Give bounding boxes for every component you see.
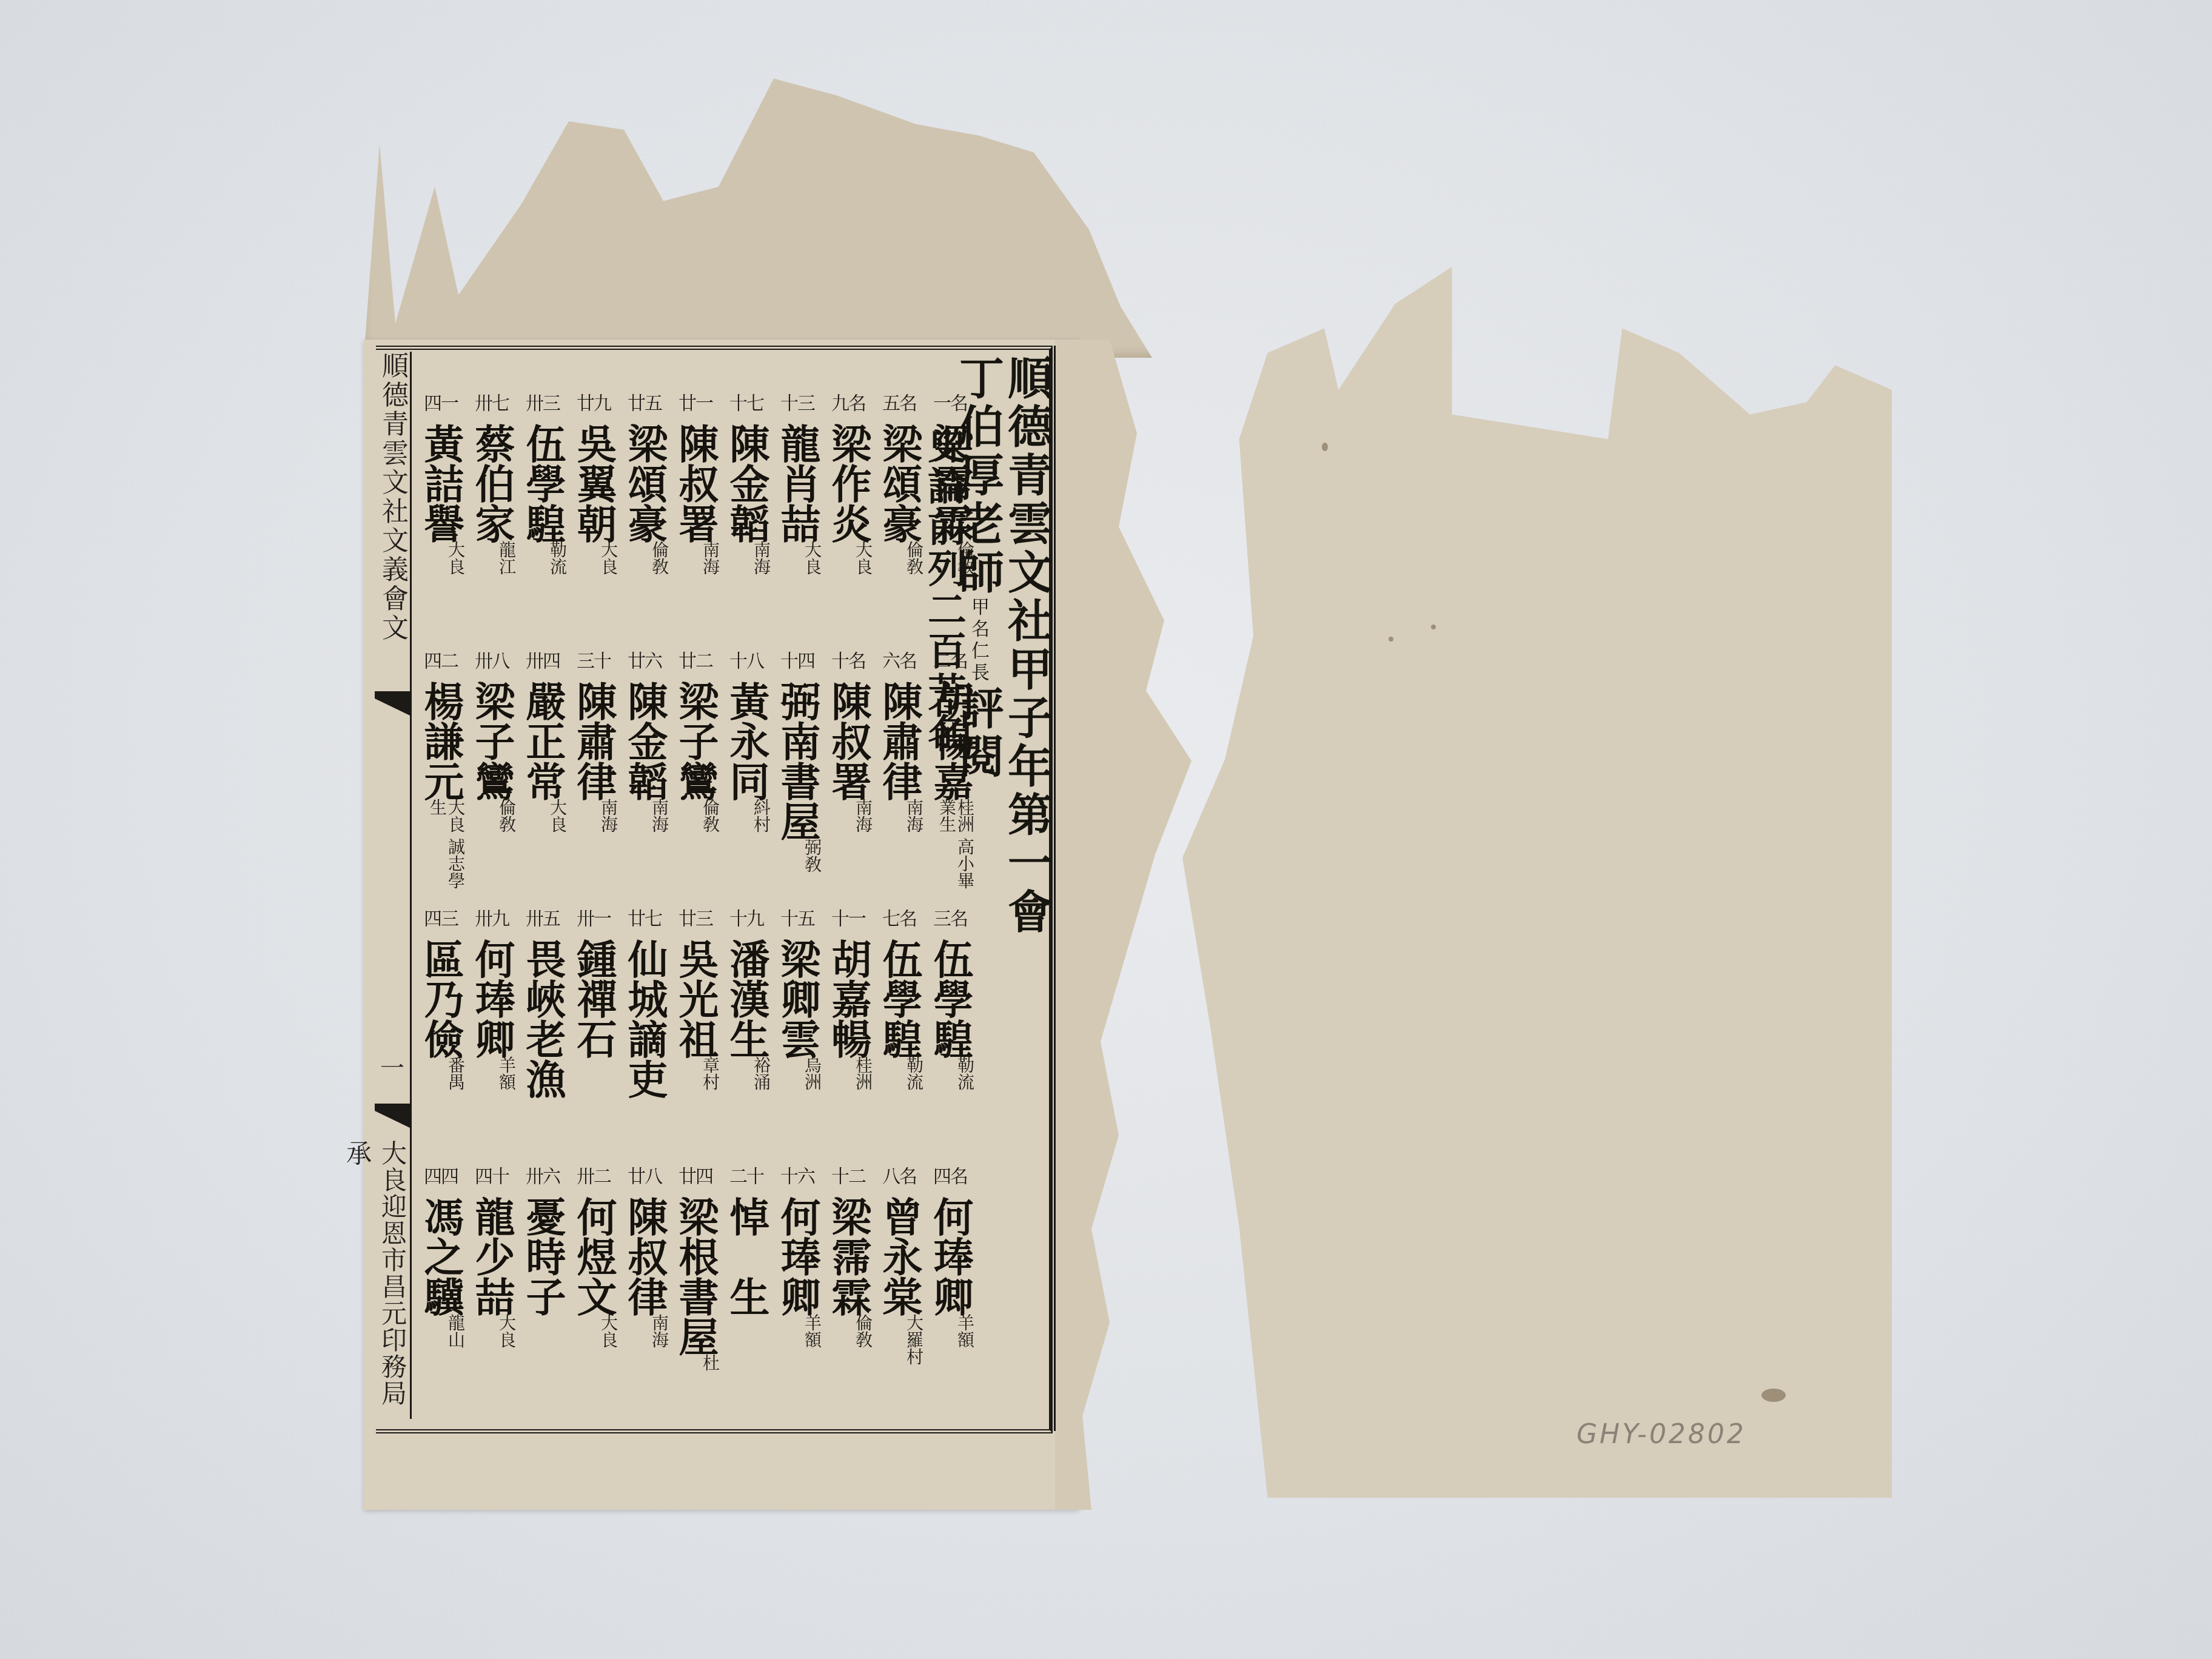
ranking-entry: 四十龍少喆大良	[469, 1161, 514, 1419]
entrant-place: 南海	[701, 541, 719, 575]
rank-label: 三名	[928, 903, 973, 928]
ranking-entry: 四三區乃儉番禺	[418, 903, 463, 1161]
entrant-place: 倫敎	[854, 1314, 872, 1348]
ranking-entry: 七名伍學騜勒流	[877, 903, 922, 1161]
rank-label: 廿二	[673, 646, 718, 670]
rank-label: 卅八	[469, 646, 514, 670]
rank-label: 十名	[826, 646, 871, 670]
entrant-name: 何琫卿	[469, 939, 514, 1059]
entrant-name: 畏峽老漁	[520, 939, 565, 1099]
entrant-name: 梁子鸞	[673, 681, 718, 801]
ranking-entry: 廿六陳金韜南海	[622, 646, 667, 903]
entrant-name: 龍肖喆	[775, 423, 820, 543]
entrant-place: 大羅村	[905, 1314, 923, 1365]
wormhole	[1322, 443, 1328, 451]
entrant-name: 胡暢嘉	[928, 681, 973, 801]
rank-label: 卅六	[520, 1161, 565, 1185]
stain-mark	[1761, 1389, 1786, 1402]
rank-label: 十八	[724, 646, 769, 670]
rank-label: 三十	[571, 646, 616, 670]
entrant-name: 陳金韜	[622, 681, 667, 801]
ranking-entry: 十四弼南書屋弼敎	[775, 646, 820, 903]
ranking-entry: 卅七蔡伯家龍江	[469, 388, 514, 646]
rank-label: 十三	[775, 388, 820, 412]
rank-label: 廿五	[622, 388, 667, 412]
ranking-entry: 四二楊謙元大良 誠志學生	[418, 646, 463, 903]
rank-label: 七名	[877, 903, 922, 928]
ranking-entry: 十七陳金韜南海	[724, 388, 769, 646]
catalog-number: GHY-02802	[1577, 1419, 1746, 1450]
entrant-name: 黃詰譽	[418, 423, 463, 543]
entrant-place: 大良	[599, 541, 617, 575]
entrant-place: 南海	[905, 799, 923, 833]
entrant-place: 羊額	[956, 1314, 974, 1348]
ranking-entry: 二十悼 生	[724, 1161, 769, 1419]
entrant-place: 勒流	[956, 1056, 974, 1090]
entrant-place: 龍江	[497, 541, 515, 575]
wormhole	[1389, 637, 1393, 642]
entrant-place: 羊額	[497, 1056, 515, 1090]
ranking-entry: 十六何琫卿羊額	[775, 1161, 820, 1419]
rank-label: 卅五	[520, 903, 565, 928]
ranking-row-3: 三名伍學騜勒流七名伍學騜勒流十一胡嘉暢桂洲十五梁卿雲烏洲十九潘漢生裕涌廿三吳光祖…	[412, 903, 973, 1161]
ranking-entry: 十名陳叔署南海	[826, 646, 871, 903]
rank-label: 廿九	[571, 388, 616, 412]
entrant-name: 梁卿雲	[775, 939, 820, 1059]
rank-label: 卅七	[469, 388, 514, 412]
entrant-name: 何琫卿	[928, 1196, 973, 1316]
entrant-place: 桂洲	[854, 1056, 872, 1090]
rank-label: 十五	[775, 903, 820, 928]
ranking-entry: 卅五畏峽老漁	[520, 903, 565, 1161]
ranking-entry: 九名梁作炎大良	[826, 388, 871, 646]
rank-label: 四四	[418, 1161, 463, 1185]
entrant-place: 番禺	[446, 1056, 464, 1090]
rank-label: 十九	[724, 903, 769, 928]
ranking-entry: 卅一鍾禪石	[571, 903, 616, 1161]
entrant-name: 潘漢生	[724, 939, 769, 1059]
entrant-place: 龍山	[446, 1314, 464, 1348]
wormhole	[1431, 625, 1436, 629]
entrant-place: 倫敎	[650, 541, 668, 575]
fish-tail-mark-bottom	[375, 1104, 410, 1128]
ranking-entry: 十三龍肖喆大良	[775, 388, 820, 646]
rank-label: 廿三	[673, 903, 718, 928]
page-margin: 順德青雲文社文義會文 一 大良迎恩市昌元印務局承	[375, 352, 412, 1419]
entrant-name: 伍學騜	[520, 423, 565, 543]
entrant-place: 南海	[650, 1314, 668, 1348]
entrant-name: 陳叔署	[826, 681, 871, 801]
rank-label: 廿一	[673, 388, 718, 412]
rank-label: 廿七	[622, 903, 667, 928]
page-number: 一	[375, 1049, 410, 1084]
entrant-name: 梁頌豪	[877, 423, 922, 543]
entrant-place: 大良	[548, 799, 566, 833]
rank-label: 四二	[418, 646, 463, 670]
entrant-place: 裕涌	[752, 1056, 770, 1090]
entrant-name: 仙城謫吏	[622, 939, 667, 1099]
ranking-entry: 卅三伍學騜勒流	[520, 388, 565, 646]
rank-label: 十七	[724, 388, 769, 412]
ranking-entry: 六名陳肅律南海	[877, 646, 922, 903]
rank-label: 四十	[469, 1161, 514, 1185]
entrant-name: 吳光祖	[673, 939, 718, 1059]
ranking-entry: 五名梁頌豪倫敎	[877, 388, 922, 646]
ranking-entry: 二名胡暢嘉桂洲 高小畢業生	[928, 646, 973, 903]
entrant-name: 伍學騜	[928, 939, 973, 1059]
entrant-place: 杜	[701, 1354, 719, 1371]
entrant-place: 桂洲 高小畢業生	[937, 799, 974, 903]
ranking-entry: 廿三吳光祖章村	[673, 903, 718, 1161]
entrant-name: 胡嘉暢	[826, 939, 871, 1059]
entrant-name: 梁作炎	[826, 423, 871, 543]
entrant-name: 楊謙元	[418, 681, 463, 801]
ranking-entry: 卅六憂時子	[520, 1161, 565, 1419]
entrant-name: 陳叔律	[622, 1196, 667, 1316]
entrant-place: 南海	[752, 541, 770, 575]
rank-label: 四一	[418, 388, 463, 412]
entrant-name: 區乃儉	[418, 939, 463, 1059]
rank-label: 二十	[724, 1161, 769, 1185]
ranking-entry: 八名曾永棠大羅村	[877, 1161, 922, 1419]
rank-label: 四名	[928, 1161, 973, 1185]
ranking-entry: 一名梁霈霖倫敎	[928, 388, 973, 646]
entrant-place: 大良	[599, 1314, 617, 1348]
entrant-name: 梁子鸞	[469, 681, 514, 801]
rank-label: 十二	[826, 1161, 871, 1185]
ranking-grid: 一名梁霈霖倫敎五名梁頌豪倫敎九名梁作炎大良十三龍肖喆大良十七陳金韜南海廿一陳叔署…	[412, 388, 910, 1419]
entrant-place: 南海	[599, 799, 617, 833]
printer-credit: 大良迎恩市昌元印務局承	[375, 1140, 410, 1419]
blank-leaf	[1182, 267, 1892, 1498]
entrant-place: 弼敎	[803, 839, 821, 873]
entrant-name: 黃永同	[724, 681, 769, 801]
ranking-entry: 四一黃詰譽大良	[418, 388, 463, 646]
entrant-name: 曾永棠	[877, 1196, 922, 1316]
entrant-name: 梁霈霖	[928, 423, 973, 543]
entrant-place: 倫敎	[956, 541, 974, 575]
ranking-entry: 廿九吳翼朝大良	[571, 388, 616, 646]
ranking-entry: 卅九何琫卿羊額	[469, 903, 514, 1161]
ranking-entry: 三名伍學騜勒流	[928, 903, 973, 1161]
ranking-row-2: 二名胡暢嘉桂洲 高小畢業生六名陳肅律南海十名陳叔署南海十四弼南書屋弼敎十八黃永同…	[412, 646, 973, 903]
entrant-place: 大良	[803, 541, 821, 575]
entrant-place: 羊額	[803, 1314, 821, 1348]
entrant-name: 何煜文	[571, 1196, 616, 1316]
ranking-entry: 十五梁卿雲烏洲	[775, 903, 820, 1161]
rank-label: 二名	[928, 646, 973, 670]
rank-label: 廿六	[622, 646, 667, 670]
ranking-entry: 十一胡嘉暢桂洲	[826, 903, 871, 1161]
rank-label: 九名	[826, 388, 871, 412]
torn-paper-top	[364, 73, 1152, 358]
entrant-place: 大良	[497, 1314, 515, 1348]
rank-label: 卅三	[520, 388, 565, 412]
rank-label: 八名	[877, 1161, 922, 1185]
entrant-place: 南海	[854, 799, 872, 833]
entrant-place: 倫敎	[497, 799, 515, 833]
entrant-name: 何琫卿	[775, 1196, 820, 1316]
ranking-entry: 十二梁霈霖倫敎	[826, 1161, 871, 1419]
entrant-name: 陳肅律	[877, 681, 922, 801]
rank-label: 十四	[775, 646, 820, 670]
ranking-entry: 十八黃永同紏村	[724, 646, 769, 903]
ranking-entry: 卅八梁子鸞倫敎	[469, 646, 514, 903]
entrant-place: 大良 誠志學生	[428, 799, 464, 903]
entrant-place: 勒流	[905, 1056, 923, 1090]
entrant-name: 蔡伯家	[469, 423, 514, 543]
entrant-name: 梁霈霖	[826, 1196, 871, 1316]
ranking-row-1: 一名梁霈霖倫敎五名梁頌豪倫敎九名梁作炎大良十三龍肖喆大良十七陳金韜南海廿一陳叔署…	[412, 388, 973, 646]
ranking-entry: 四四馮之驥龍山	[418, 1161, 463, 1419]
ranking-entry: 廿八陳叔律南海	[622, 1161, 667, 1419]
ranking-entry: 四名何琫卿羊額	[928, 1161, 973, 1419]
entrant-name: 弼南書屋	[775, 681, 820, 841]
ranking-entry: 廿一陳叔署南海	[673, 388, 718, 646]
rank-label: 廿四	[673, 1161, 718, 1185]
rank-label: 十一	[826, 903, 871, 928]
rank-label: 卅二	[571, 1161, 616, 1185]
fish-tail-mark-top	[375, 691, 410, 716]
entrant-name: 陳金韜	[724, 423, 769, 543]
ranking-entry: 廿七仙城謫吏	[622, 903, 667, 1161]
ranking-entry: 廿四梁根書屋杜	[673, 1161, 718, 1419]
entrant-name: 陳叔署	[673, 423, 718, 543]
ranking-entry: 廿二梁子鸞倫敎	[673, 646, 718, 903]
margin-title: 順德青雲文社文義會文	[375, 352, 410, 643]
ranking-entry: 卅二何煜文大良	[571, 1161, 616, 1419]
ranking-entry: 三十陳肅律南海	[571, 646, 616, 903]
rank-label: 卅一	[571, 903, 616, 928]
rank-label: 卅九	[469, 903, 514, 928]
ranking-entry: 十九潘漢生裕涌	[724, 903, 769, 1161]
entrant-place: 勒流	[548, 541, 566, 575]
entrant-place: 大良	[446, 541, 464, 575]
ranking-entry: 卅四嚴正常大良	[520, 646, 565, 903]
entrant-place: 烏洲	[803, 1056, 821, 1090]
entrant-name: 梁根書屋	[673, 1196, 718, 1356]
entrant-place: 大良	[854, 541, 872, 575]
rank-label: 十六	[775, 1161, 820, 1185]
rank-label: 五名	[877, 388, 922, 412]
ranking-entry: 廿五梁頌豪倫敎	[622, 388, 667, 646]
entrant-name: 嚴正常	[520, 681, 565, 801]
entrant-place: 章村	[701, 1056, 719, 1090]
entrant-name: 伍學騜	[877, 939, 922, 1059]
entrant-place: 南海	[650, 799, 668, 833]
ranking-row-4: 四名何琫卿羊額八名曾永棠大羅村十二梁霈霖倫敎十六何琫卿羊額二十悼 生廿四梁根書屋…	[412, 1161, 973, 1419]
entrant-name: 吳翼朝	[571, 423, 616, 543]
entrant-place: 倫敎	[701, 799, 719, 833]
entrant-name: 陳肅律	[571, 681, 616, 801]
entrant-name: 悼 生	[724, 1196, 769, 1316]
rank-label: 廿八	[622, 1161, 667, 1185]
entrant-name: 憂時子	[520, 1196, 565, 1316]
entrant-name: 鍾禪石	[571, 939, 616, 1059]
entrant-place: 紏村	[752, 799, 770, 833]
entrant-name: 馮之驥	[418, 1196, 463, 1316]
entrant-place: 倫敎	[905, 541, 923, 575]
rank-label: 四三	[418, 903, 463, 928]
entrant-name: 梁頌豪	[622, 423, 667, 543]
rank-label: 一名	[928, 388, 973, 412]
rank-label: 六名	[877, 646, 922, 670]
entrant-name: 龍少喆	[469, 1196, 514, 1316]
rank-label: 卅四	[520, 646, 565, 670]
